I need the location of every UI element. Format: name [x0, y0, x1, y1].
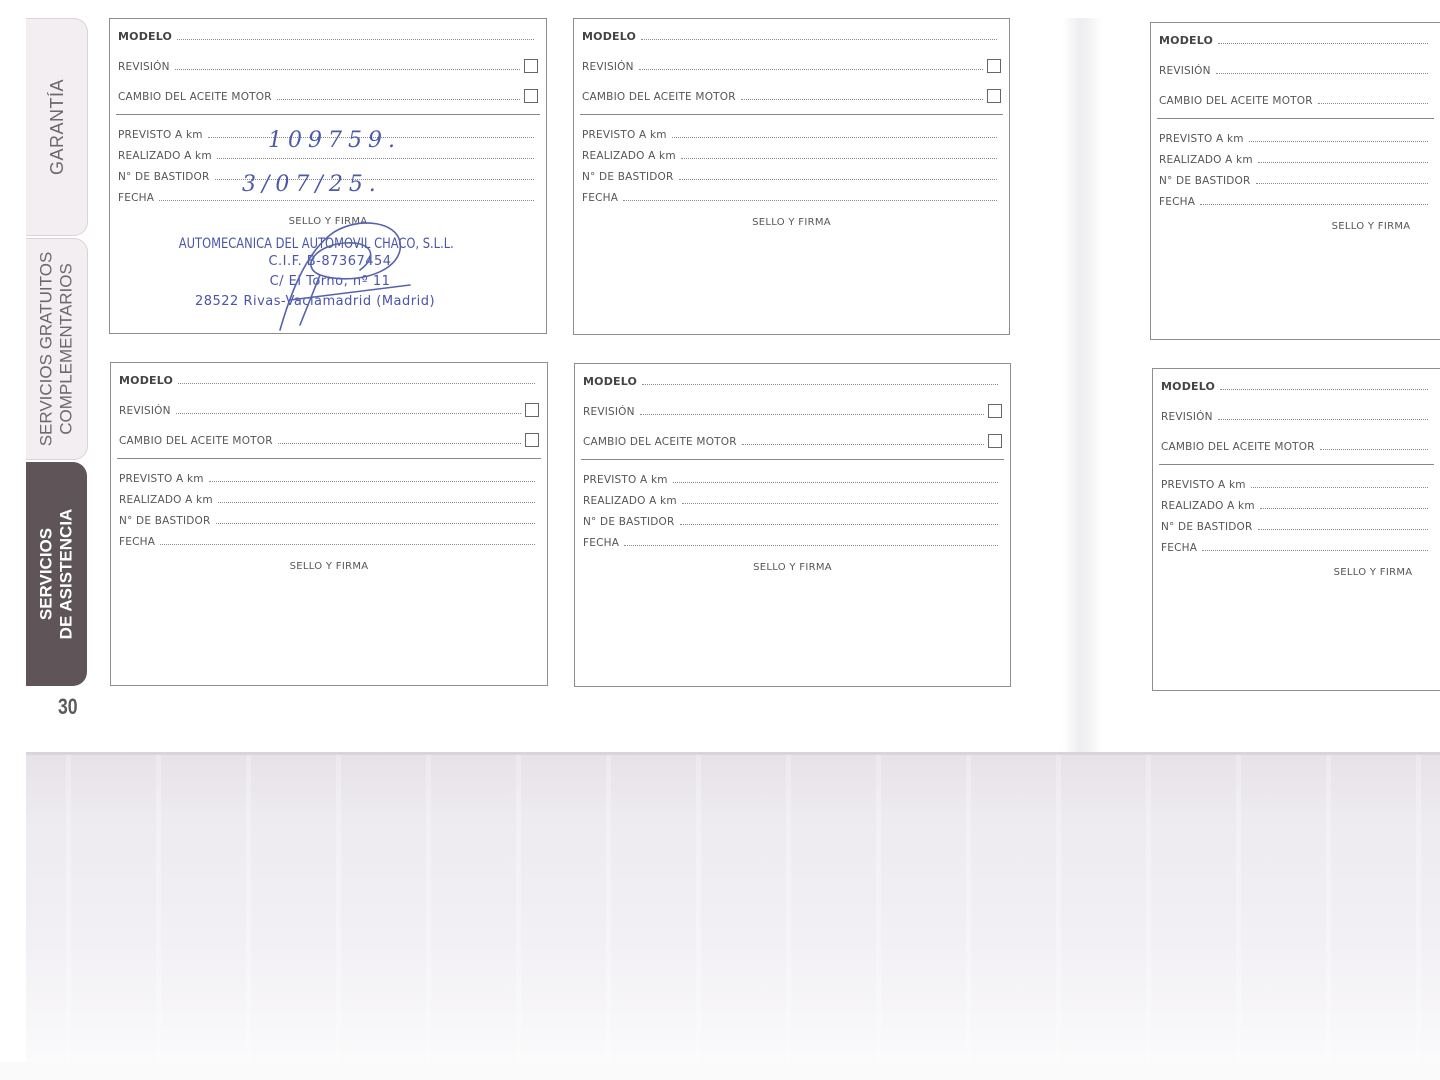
- dotted-line: [277, 98, 520, 100]
- bastidor-field-label: N° DE BASTIDOR: [582, 171, 674, 183]
- previsto-km-field-label: PREVISTO A km: [118, 129, 203, 141]
- sello-firma-label: SELLO Y FIRMA: [110, 216, 546, 227]
- cambio-aceite-field-label: CAMBIO DEL ACEITE MOTOR: [1159, 95, 1313, 107]
- tab-garantia-label: GARANTÍA: [47, 79, 67, 175]
- section-divider: [117, 458, 541, 459]
- modelo-field[interactable]: MODELO: [583, 372, 1002, 388]
- dotted-line: [1249, 140, 1428, 142]
- cambio-aceite-checkbox[interactable]: [987, 89, 1001, 103]
- dotted-line: [1260, 507, 1428, 509]
- cambio-aceite-checkbox[interactable]: [525, 433, 539, 447]
- dotted-line: [1320, 448, 1428, 450]
- dotted-line: [1256, 182, 1428, 184]
- dotted-line: [639, 68, 983, 70]
- previsto-km-field-label: PREVISTO A km: [583, 474, 668, 486]
- section-divider: [1159, 464, 1434, 465]
- bastidor-field-label: N° DE BASTIDOR: [118, 171, 210, 183]
- cambio-aceite-field-label: CAMBIO DEL ACEITE MOTOR: [119, 435, 273, 447]
- fecha-field-label: FECHA: [583, 537, 619, 549]
- realizado-km-field-label: REALIZADO A km: [119, 494, 213, 506]
- dotted-line: [742, 443, 984, 445]
- bastidor-field[interactable]: N° DE BASTIDOR: [1161, 517, 1432, 533]
- realizado-km-field[interactable]: REALIZADO A km: [119, 490, 539, 506]
- stamp-company: AUTOMECANICA DEL AUTOMOVIL CHACO, S.L.L.: [179, 236, 441, 252]
- realizado-km-field[interactable]: REALIZADO A km: [1159, 150, 1432, 166]
- cambio-aceite-field-label: CAMBIO DEL ACEITE MOTOR: [118, 91, 272, 103]
- dotted-line: [218, 501, 535, 503]
- revision-field[interactable]: REVISIÓN: [1159, 61, 1432, 77]
- tab-asistencia-line2: DE ASISTENCIA: [57, 509, 77, 640]
- dotted-line: [160, 543, 535, 545]
- handwritten-realizado-km: 109759.: [268, 128, 401, 153]
- dotted-line: [175, 68, 520, 70]
- bastidor-field[interactable]: N° DE BASTIDOR: [583, 512, 1002, 528]
- realizado-km-field-label: REALIZADO A km: [1161, 500, 1255, 512]
- handwritten-fecha: 3/07/25.: [242, 172, 382, 197]
- tab-gratuitos-line1: SERVICIOS GRATUITOS: [37, 252, 57, 447]
- realizado-km-field-label: REALIZADO A km: [583, 495, 677, 507]
- revision-checkbox[interactable]: [525, 403, 539, 417]
- bastidor-field-label: N° DE BASTIDOR: [1159, 175, 1251, 187]
- revision-field-label: REVISIÓN: [1161, 411, 1213, 423]
- tab-servicios-asistencia[interactable]: SERVICIOS DE ASISTENCIA: [26, 462, 87, 686]
- cambio-aceite-field-label: CAMBIO DEL ACEITE MOTOR: [583, 436, 737, 448]
- revision-field[interactable]: REVISIÓN: [1161, 407, 1432, 423]
- revision-field-label: REVISIÓN: [582, 61, 634, 73]
- revision-field-label: REVISIÓN: [119, 405, 171, 417]
- tab-servicios-gratuitos[interactable]: SERVICIOS GRATUITOS COMPLEMENTARIOS: [26, 238, 88, 460]
- dotted-line: [623, 199, 997, 201]
- dotted-line: [640, 413, 984, 415]
- modelo-field-label: MODELO: [1161, 380, 1215, 393]
- dotted-line: [217, 157, 534, 159]
- tab-asistencia-line1: SERVICIOS: [37, 509, 57, 640]
- revision-field-label: REVISIÓN: [1159, 65, 1211, 77]
- revision-field-label: REVISIÓN: [118, 61, 170, 73]
- realizado-km-field-label: REALIZADO A km: [582, 150, 676, 162]
- dotted-line: [1218, 418, 1428, 420]
- fecha-field[interactable]: FECHA: [1161, 538, 1432, 554]
- cambio-aceite-field[interactable]: CAMBIO DEL ACEITE MOTOR: [1159, 91, 1432, 107]
- sello-firma-label: SELLO Y FIRMA: [575, 562, 1010, 573]
- sello-firma-label: SELLO Y FIRMA: [1153, 567, 1440, 578]
- modelo-field-label: MODELO: [118, 30, 172, 43]
- fecha-field-label: FECHA: [118, 192, 154, 204]
- maintenance-record-card: MODELOREVISIÓNCAMBIO DEL ACEITE MOTORPRE…: [110, 362, 548, 686]
- dotted-line: [641, 38, 997, 40]
- previsto-km-field-label: PREVISTO A km: [1159, 133, 1244, 145]
- cambio-aceite-checkbox[interactable]: [524, 89, 538, 103]
- realizado-km-field[interactable]: REALIZADO A km: [583, 491, 1002, 507]
- revision-field[interactable]: REVISIÓN: [119, 401, 539, 417]
- dotted-line: [673, 481, 998, 483]
- scan-edge: [0, 1062, 1440, 1080]
- dotted-line: [1258, 161, 1428, 163]
- realizado-km-field[interactable]: REALIZADO A km: [582, 146, 1001, 162]
- previsto-km-field[interactable]: PREVISTO A km: [119, 469, 539, 485]
- dotted-line: [681, 157, 997, 159]
- revision-field[interactable]: REVISIÓN: [582, 57, 1001, 73]
- dotted-line: [209, 480, 535, 482]
- page-gutter: [1062, 18, 1102, 753]
- fecha-field-label: FECHA: [119, 536, 155, 548]
- dotted-line: [642, 383, 998, 385]
- dotted-line: [216, 522, 535, 524]
- revision-field[interactable]: REVISIÓN: [583, 402, 1002, 418]
- realizado-km-field[interactable]: REALIZADO A km: [1161, 496, 1432, 512]
- revision-field[interactable]: REVISIÓN: [118, 57, 538, 73]
- revision-field-label: REVISIÓN: [583, 406, 635, 418]
- dotted-line: [1216, 72, 1428, 74]
- dotted-line: [624, 544, 998, 546]
- stamp-city: 28522 Rivas-Vaciamadrid (Madrid): [160, 292, 470, 312]
- section-divider: [581, 459, 1004, 460]
- revision-checkbox[interactable]: [524, 59, 538, 73]
- bastidor-field[interactable]: N° DE BASTIDOR: [582, 167, 1001, 183]
- revision-checkbox[interactable]: [987, 59, 1001, 73]
- bastidor-field-label: N° DE BASTIDOR: [1161, 521, 1253, 533]
- stamp-cif: C.I.F. B-87367454: [190, 252, 470, 272]
- dotted-line: [1218, 42, 1428, 44]
- section-divider: [580, 114, 1003, 115]
- bastidor-field[interactable]: N° DE BASTIDOR: [1159, 171, 1432, 187]
- revision-checkbox[interactable]: [988, 404, 1002, 418]
- maintenance-record-card: MODELOREVISIÓNCAMBIO DEL ACEITE MOTORPRE…: [574, 363, 1011, 687]
- stamp-address: C/ El Torno, nº 11: [190, 272, 470, 292]
- dotted-line: [159, 199, 534, 201]
- modelo-field-label: MODELO: [582, 30, 636, 43]
- fecha-field-label: FECHA: [1161, 542, 1197, 554]
- modelo-field[interactable]: MODELO: [1161, 377, 1432, 393]
- dotted-line: [680, 523, 998, 525]
- cambio-aceite-field[interactable]: CAMBIO DEL ACEITE MOTOR: [1161, 437, 1432, 453]
- modelo-field[interactable]: MODELO: [118, 27, 538, 43]
- modelo-field[interactable]: MODELO: [582, 27, 1001, 43]
- dotted-line: [1251, 486, 1428, 488]
- sello-firma-label: SELLO Y FIRMA: [574, 217, 1009, 228]
- page-number: 30: [58, 694, 78, 720]
- dotted-line: [278, 442, 521, 444]
- fecha-field-label: FECHA: [1159, 196, 1195, 208]
- maintenance-record-card: MODELOREVISIÓNCAMBIO DEL ACEITE MOTORPRE…: [573, 18, 1010, 335]
- fecha-field-label: FECHA: [582, 192, 618, 204]
- modelo-field[interactable]: MODELO: [1159, 31, 1432, 47]
- cambio-aceite-field-label: CAMBIO DEL ACEITE MOTOR: [582, 91, 736, 103]
- cambio-aceite-checkbox[interactable]: [988, 434, 1002, 448]
- modelo-field-label: MODELO: [1159, 34, 1213, 47]
- previsto-km-field[interactable]: PREVISTO A km: [582, 125, 1001, 141]
- dotted-line: [682, 502, 998, 504]
- dotted-line: [1258, 528, 1428, 530]
- cambio-aceite-field[interactable]: CAMBIO DEL ACEITE MOTOR: [118, 87, 538, 103]
- dotted-line: [1220, 388, 1428, 390]
- fecha-field[interactable]: FECHA: [1159, 192, 1432, 208]
- previsto-km-field-label: PREVISTO A km: [582, 129, 667, 141]
- tab-garantia[interactable]: GARANTÍA: [26, 18, 88, 236]
- previsto-km-field[interactable]: PREVISTO A km: [1161, 475, 1432, 491]
- workshop-stamp: AUTOMECANICA DEL AUTOMOVIL CHACO, S.L.L.…: [150, 236, 470, 312]
- realizado-km-field-label: REALIZADO A km: [1159, 154, 1253, 166]
- bastidor-field-label: N° DE BASTIDOR: [119, 515, 211, 527]
- dotted-line: [178, 382, 535, 384]
- dotted-line: [1200, 203, 1428, 205]
- dotted-line: [741, 98, 983, 100]
- cambio-aceite-field[interactable]: CAMBIO DEL ACEITE MOTOR: [583, 432, 1002, 448]
- sello-firma-label: SELLO Y FIRMA: [111, 561, 547, 572]
- modelo-field[interactable]: MODELO: [119, 371, 539, 387]
- modelo-field-label: MODELO: [583, 375, 637, 388]
- sello-firma-label: SELLO Y FIRMA: [1151, 221, 1440, 232]
- maintenance-record-card: MODELOREVISIÓNCAMBIO DEL ACEITE MOTORPRE…: [1150, 22, 1440, 340]
- modelo-field-label: MODELO: [119, 374, 173, 387]
- previsto-km-field-label: PREVISTO A km: [1161, 479, 1246, 491]
- fecha-field[interactable]: FECHA: [582, 188, 1001, 204]
- scan-blank-area: [26, 752, 1440, 1065]
- realizado-km-field-label: REALIZADO A km: [118, 150, 212, 162]
- cambio-aceite-field[interactable]: CAMBIO DEL ACEITE MOTOR: [119, 431, 539, 447]
- dotted-line: [679, 178, 997, 180]
- dotted-line: [1202, 549, 1428, 551]
- tab-gratuitos-line2: COMPLEMENTARIOS: [57, 252, 77, 447]
- bastidor-field[interactable]: N° DE BASTIDOR: [119, 511, 539, 527]
- fecha-field[interactable]: FECHA: [119, 532, 539, 548]
- bastidor-field-label: N° DE BASTIDOR: [583, 516, 675, 528]
- fecha-field[interactable]: FECHA: [583, 533, 1002, 549]
- cambio-aceite-field-label: CAMBIO DEL ACEITE MOTOR: [1161, 441, 1315, 453]
- dotted-line: [176, 412, 521, 414]
- section-divider: [116, 114, 540, 115]
- cambio-aceite-field[interactable]: CAMBIO DEL ACEITE MOTOR: [582, 87, 1001, 103]
- dotted-line: [1318, 102, 1428, 104]
- dotted-line: [672, 136, 997, 138]
- maintenance-record-card: MODELOREVISIÓNCAMBIO DEL ACEITE MOTORPRE…: [1152, 368, 1440, 691]
- section-divider: [1157, 118, 1434, 119]
- dotted-line: [177, 38, 534, 40]
- previsto-km-field[interactable]: PREVISTO A km: [583, 470, 1002, 486]
- previsto-km-field[interactable]: PREVISTO A km: [1159, 129, 1432, 145]
- previsto-km-field-label: PREVISTO A km: [119, 473, 204, 485]
